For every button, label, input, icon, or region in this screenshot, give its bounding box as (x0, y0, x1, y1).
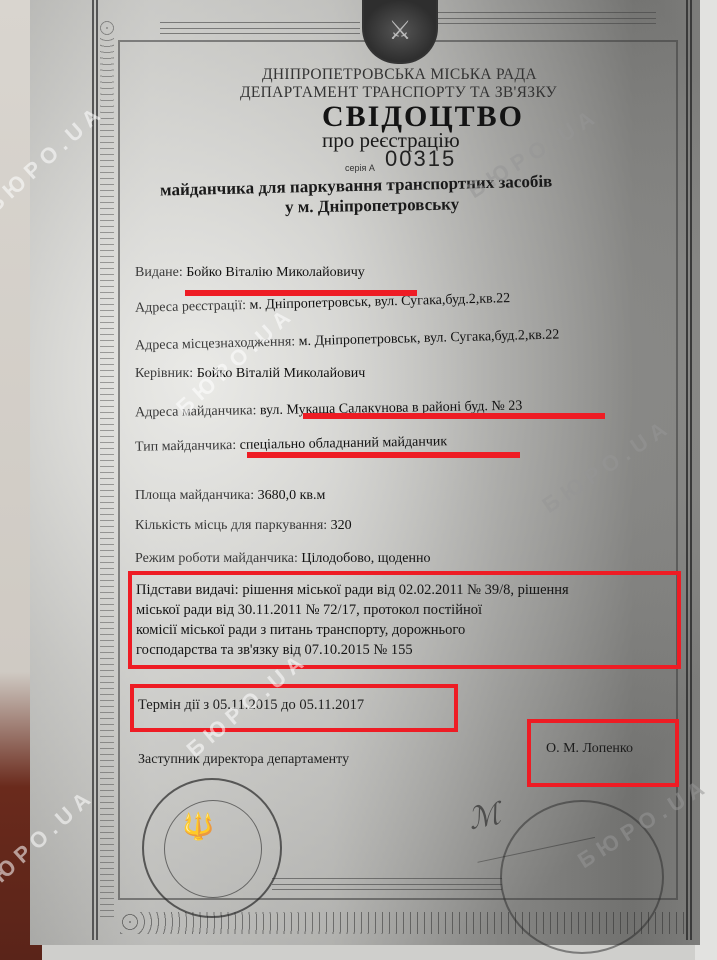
serial-number: 00315 (385, 146, 456, 172)
field-parking-spaces: Кількість місць для паркування: 320 (135, 518, 352, 534)
signatory-title: Заступник директора департаменту (138, 752, 349, 768)
trident-icon: 🔱 (182, 812, 214, 842)
highlight-box-validity (130, 684, 458, 732)
decorative-rule (272, 878, 502, 890)
highlight-box-signatory (527, 719, 679, 787)
highlight-underline-issued-to (185, 290, 417, 296)
field-site-area: Площа майданчика: 3680,0 кв.м (135, 488, 325, 504)
header-city-council: Дніпропетровська міська рада (262, 66, 537, 84)
highlight-box-basis (128, 571, 681, 669)
highlight-underline-site-type (247, 452, 520, 458)
highlight-underline-site-address (303, 413, 605, 419)
purpose-line-2: у м. Дніпропетровську (285, 194, 460, 217)
field-issued-to: Видане: Бойко Віталію Миколайовичу (135, 265, 365, 281)
decorative-rule (436, 12, 656, 24)
serial-label: серія А (345, 163, 375, 173)
official-stamp: 🔱 (142, 778, 282, 918)
decorative-rule (160, 22, 360, 34)
field-operating-hours: Режим роботи майданчика: Цілодобово, щод… (135, 551, 430, 567)
field-manager: Керівник: Бойко Віталій Миколайович (135, 366, 365, 382)
